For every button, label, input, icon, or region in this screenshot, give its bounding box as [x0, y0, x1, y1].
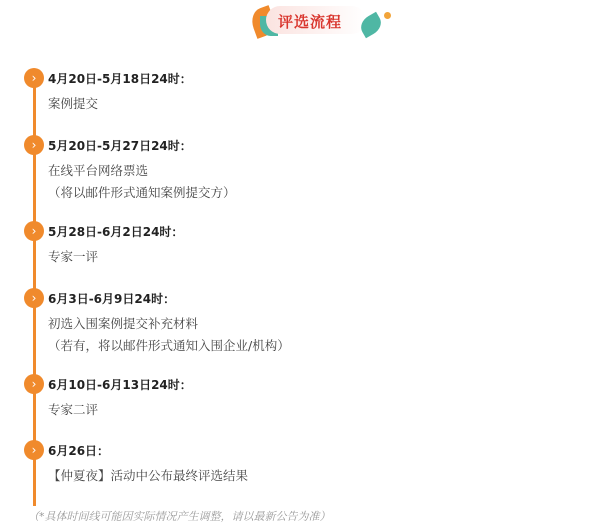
timeline-desc-note: （若有，将以邮件形式通知入围企业/机构） — [48, 335, 290, 357]
chevron-right-icon: › — [24, 135, 44, 155]
dot-decoration-icon — [384, 12, 391, 19]
timeline-desc: 专家二评 — [48, 399, 98, 421]
timeline-date: 5月20日-5月27日24时： — [48, 137, 192, 154]
section-title: 评选流程 — [278, 11, 342, 32]
chevron-right-icon: › — [24, 374, 44, 394]
chevron-right-icon: › — [24, 68, 44, 88]
timeline-desc: 【仲夏夜】活动中公布最终评选结果 — [48, 465, 248, 487]
section-header: 评选流程 — [250, 2, 395, 38]
timeline-date: 6月26日： — [48, 442, 109, 459]
chevron-right-icon: › — [24, 288, 44, 308]
timeline-date: 5月28日-6月2日24时： — [48, 223, 183, 240]
disclaimer-note: （*具体时间线可能因实际情况产生调整，请以最新公告为准） — [28, 508, 331, 524]
chevron-right-icon: › — [24, 440, 44, 460]
timeline-date: 6月3日-6月9日24时： — [48, 290, 175, 307]
timeline-date: 6月10日-6月13日24时： — [48, 376, 192, 393]
timeline-desc: 案例提交 — [48, 93, 98, 115]
timeline-desc: 专家一评 — [48, 246, 98, 268]
chevron-right-icon: › — [24, 221, 44, 241]
timeline-desc: 初选入围案例提交补充材料 — [48, 313, 198, 335]
timeline-desc-note: （将以邮件形式通知案例提交方） — [48, 182, 236, 204]
timeline-date: 4月20日-5月18日24时： — [48, 70, 192, 87]
timeline-desc: 在线平台网络票选 — [48, 160, 148, 182]
